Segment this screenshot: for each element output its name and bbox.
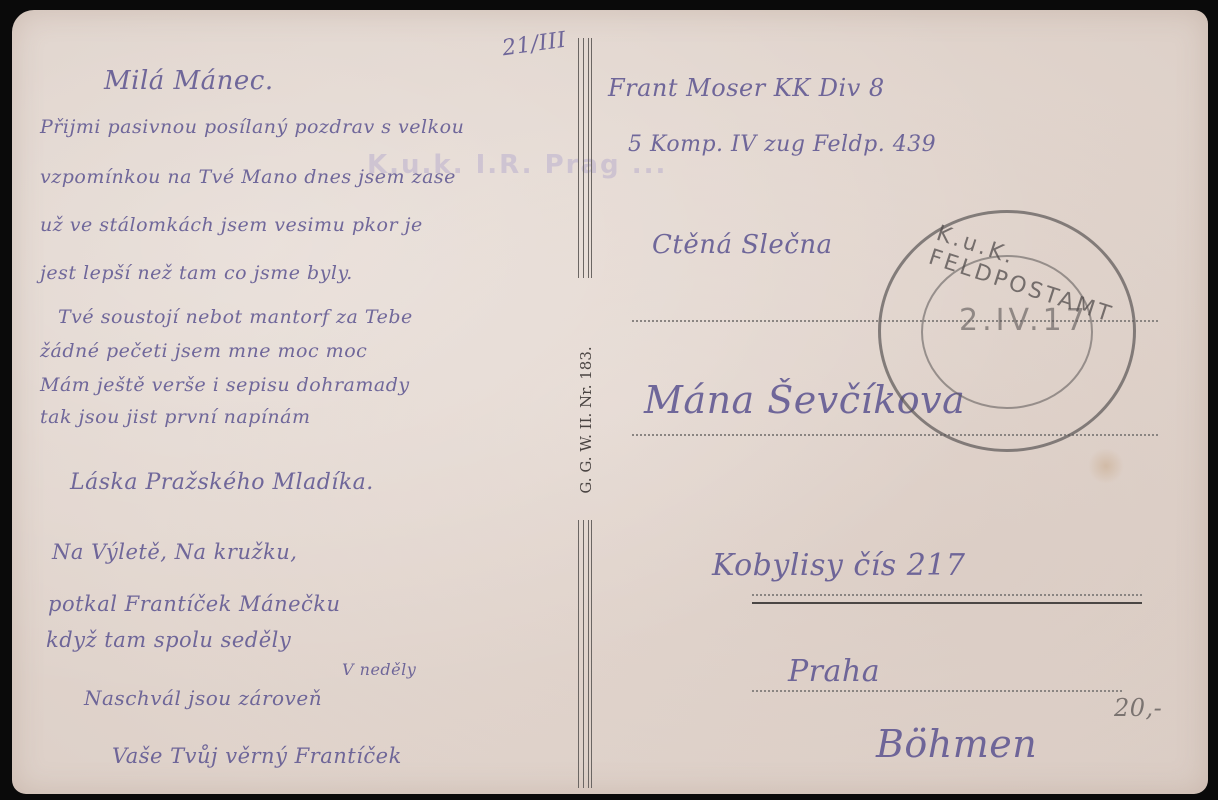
message-line: vzpomínkou na Tvé Mano dnes jsem zase	[40, 166, 456, 188]
address-underline	[752, 602, 1142, 604]
printer-mark: G. G. W. II. Nr. 183.	[574, 310, 598, 530]
poem-line: V neděly	[342, 660, 416, 679]
poem-line: Naschvál jsou zároveň	[84, 686, 322, 710]
message-line: Mám ještě verše i sepisu dohramady	[40, 374, 410, 396]
poem-line: Na Výletě, Na kružku,	[52, 540, 297, 564]
message-line: tak jsou jist první napínám	[40, 406, 310, 428]
address-line-3	[752, 594, 1142, 596]
stain	[1088, 448, 1124, 484]
pencil-price-note: 20,-	[1114, 694, 1162, 722]
message-line: Přijmi pasivnou posílaný pozdrav s velko…	[40, 116, 464, 138]
postmark-date: 2.IV.17	[959, 303, 1089, 338]
message-line: žádné pečeti jsem mne moc moc	[40, 340, 367, 362]
message-line: Tvé soustojí nebot mantorf za Tebe	[58, 306, 413, 328]
recipient-country: Böhmen	[876, 722, 1037, 766]
feldpost-postmark: K.u.K. FELDPOSTAMT 2.IV.17	[878, 210, 1136, 452]
address-line-2	[632, 434, 1158, 436]
sender-line-2: 5 Komp. IV zug Feldp. 439	[628, 132, 936, 157]
message-line: už ve stálomkách jsem vesimu pkor je	[40, 214, 423, 236]
recipient-city: Praha	[788, 654, 880, 689]
recipient-street: Kobylisy čís 217	[712, 548, 965, 583]
sender-line-1: Frant Moser KK Div 8	[608, 74, 885, 102]
poem-line: když tam spolu seděly	[46, 628, 291, 652]
signature: Vaše Tvůj věrný Frantíček	[112, 744, 402, 768]
recipient-salutation: Ctěná Slečna	[652, 230, 833, 260]
poem-title: Láska Pražského Mladíka.	[70, 470, 374, 495]
message-greeting: Milá Mánec.	[104, 66, 274, 96]
poem-line: potkal Frantíček Mánečku	[48, 592, 341, 616]
message-line: jest lepší než tam co jsme byly.	[40, 262, 353, 284]
postcard-back: K.u.k. I.R. Prag ... 21/III Milá Mánec. …	[12, 10, 1208, 794]
address-line-4	[752, 690, 1122, 692]
message-date: 21/III	[501, 28, 568, 62]
